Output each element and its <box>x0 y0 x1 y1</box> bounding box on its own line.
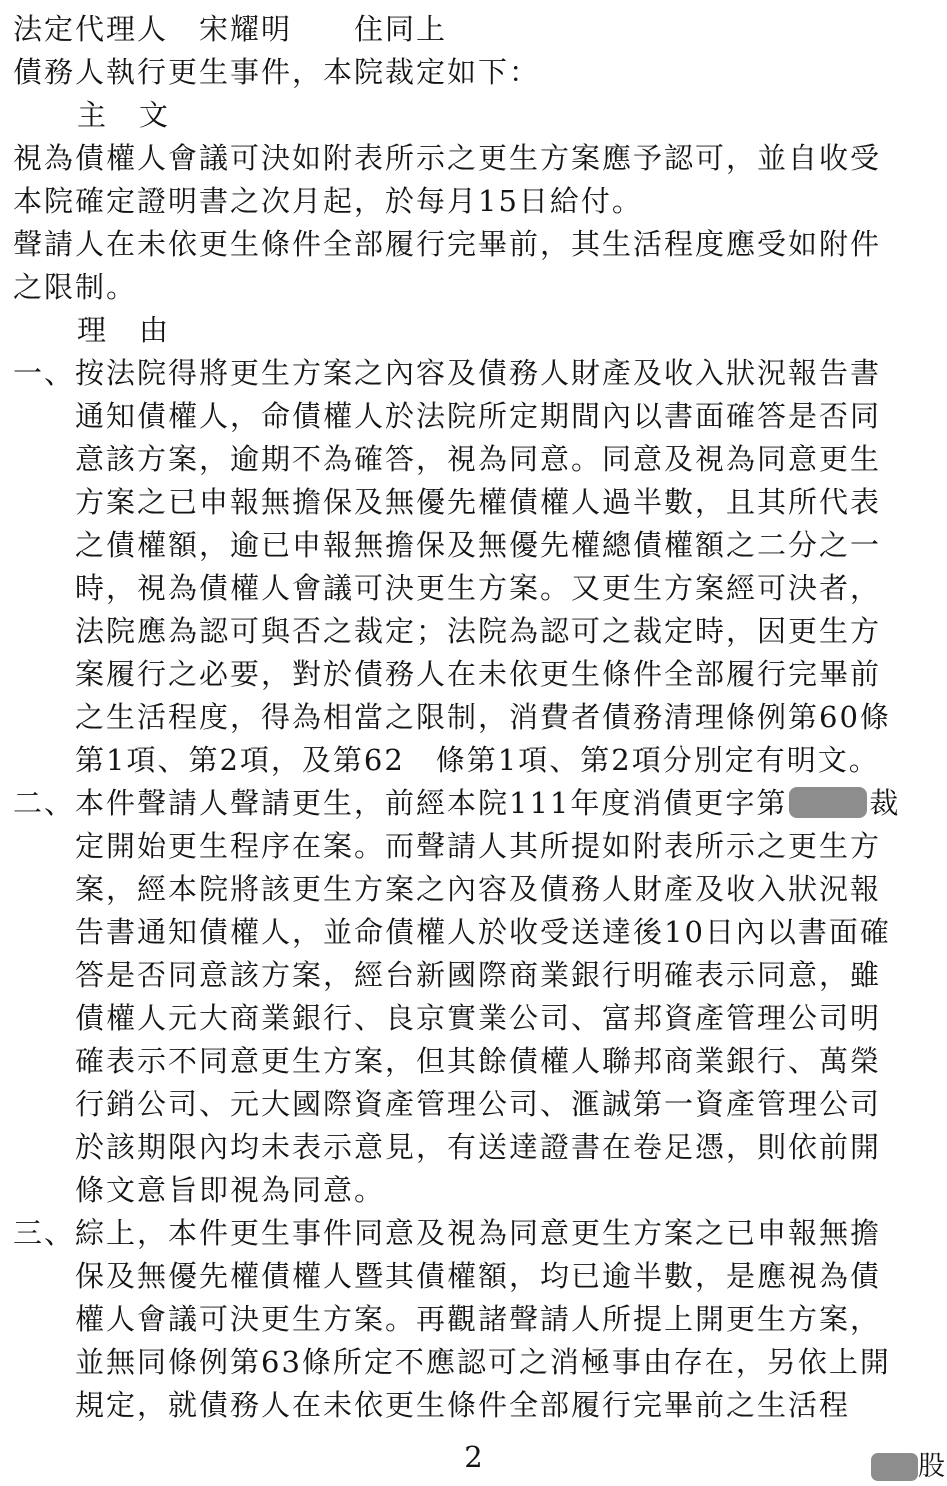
document-line: 案，經本院將該更生方案之內容及債務人財產及收入狀況報 <box>13 868 933 911</box>
page-number: 2 <box>0 1440 947 1474</box>
case-number-text-after: 裁 <box>869 786 900 820</box>
document-line: 之債權額，逾已申報無擔保及無優先權總債權額之二分之一 <box>13 524 933 567</box>
document-line: 之限制。 <box>13 266 933 309</box>
document-line: 本院確定證明書之次月起，於每月15日給付。 <box>13 180 933 223</box>
document-body: 法定代理人 宋耀明 住同上 債務人執行更生事件，本院裁定如下： 主 文 視為債權… <box>13 8 933 1427</box>
document-line: 法院應為認可與否之裁定；法院為認可之裁定時，因更生方 <box>13 610 933 653</box>
case-intro-line: 債務人執行更生事件，本院裁定如下： <box>13 51 933 94</box>
document-line: 行銷公司、元大國際資產管理公司、滙誠第一資產管理公司 <box>13 1083 933 1126</box>
redaction-box-case-number <box>789 787 867 818</box>
document-line: 通知債權人，命債權人於法院所定期間內以書面確答是否同 <box>13 395 933 438</box>
document-line: 保及無優先權債權人暨其債權額，均已逾半數，是應視為債 <box>13 1255 933 1298</box>
court-ruling-page: 法定代理人 宋耀明 住同上 債務人執行更生事件，本院裁定如下： 主 文 視為債權… <box>0 0 947 1486</box>
document-line: 規定，就債務人在未依更生條件全部履行完畢前之生活程 <box>13 1384 933 1427</box>
document-line: 告書通知債權人，並命債權人於收受送達後10日內以書面確 <box>13 911 933 954</box>
clerk-unit-suffix: 股 <box>918 1452 945 1482</box>
document-line: 於該期限內均未表示意見，有送達證書在卷足憑，則依前開 <box>13 1126 933 1169</box>
document-line: 第1項、第2項，及第62 條第1項、第2項分別定有明文。 <box>13 739 933 782</box>
section-header-main-text: 主 文 <box>13 94 933 137</box>
document-line: 答是否同意該方案，經台新國際商業銀行明確表示同意，雖 <box>13 954 933 997</box>
reason-item-3-line: 三、綜上，本件更生事件同意及視為同意更生方案之已申報無擔 <box>13 1212 933 1255</box>
reason-item-1-line: 一、按法院得將更生方案之內容及債務人財產及收入狀況報告書 <box>13 352 933 395</box>
document-line: 時，視為債權人會議可決更生方案。又更生方案經可決者， <box>13 567 933 610</box>
document-line: 並無同條例第63條所定不應認可之消極事由存在，另依上開 <box>13 1341 933 1384</box>
case-number-text-before: 二、本件聲請人聲請更生，前經本院111年度消債更字第 <box>13 786 787 820</box>
document-line: 案履行之必要，對於債務人在未依更生條件全部履行完畢前 <box>13 653 933 696</box>
document-line: 之生活程度，得為相當之限制，消費者債務清理條例第60條 <box>13 696 933 739</box>
document-line: 權人會議可決更生方案。再觀諸聲請人所提上開更生方案， <box>13 1298 933 1341</box>
document-line: 意該方案，逾期不為確答，視為同意。同意及視為同意更生 <box>13 438 933 481</box>
document-line: 條文意旨即視為同意。 <box>13 1169 933 1212</box>
document-line: 債權人元大商業銀行、良京實業公司、富邦資產管理公司明 <box>13 997 933 1040</box>
section-header-reasons: 理 由 <box>13 309 933 352</box>
document-line: 方案之已申報無擔保及無優先權債權人過半數，且其所代表 <box>13 481 933 524</box>
party-line-legal-representative: 法定代理人 宋耀明 住同上 <box>13 8 933 51</box>
document-line: 定開始更生程序在案。而聲請人其所提如附表所示之更生方 <box>13 825 933 868</box>
reason-item-2-line: 二、本件聲請人聲請更生，前經本院111年度消債更字第裁 <box>13 782 933 825</box>
document-line: 視為債權人會議可決如附表所示之更生方案應予認可，並自收受 <box>13 137 933 180</box>
redaction-box-clerk-name <box>871 1453 918 1481</box>
document-line: 聲請人在未依更生條件全部履行完畢前，其生活程度應受如附件 <box>13 223 933 266</box>
document-line: 確表示不同意更生方案，但其餘債權人聯邦商業銀行、萬榮 <box>13 1040 933 1083</box>
clerk-unit-stamp: 股 <box>871 1452 945 1482</box>
